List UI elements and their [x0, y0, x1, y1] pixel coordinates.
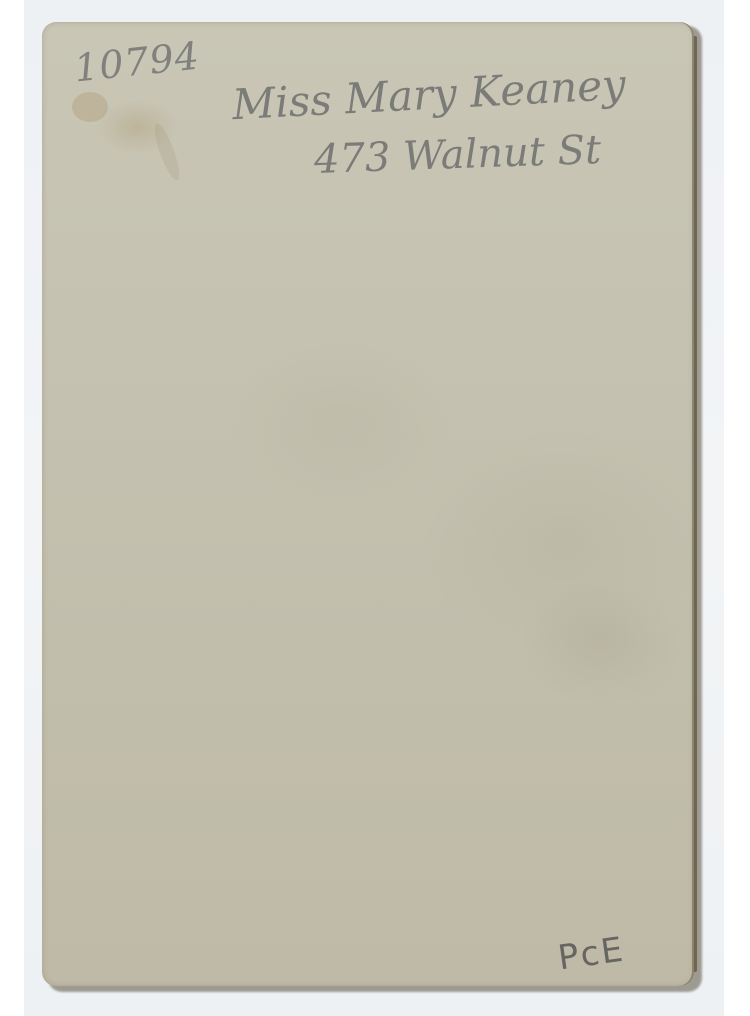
- foxing-stain: [72, 92, 108, 122]
- sitter-name-inscription: Miss Mary Keaney: [231, 60, 627, 130]
- foxing-stain: [150, 121, 184, 182]
- catalog-number-inscription: 10794: [72, 34, 202, 91]
- address-inscription: 473 Walnut St: [313, 127, 602, 183]
- archive-mark-inscription: PcE: [556, 930, 628, 979]
- cabinet-card-back: 10794 Miss Mary Keaney 473 Walnut St PcE: [42, 22, 694, 986]
